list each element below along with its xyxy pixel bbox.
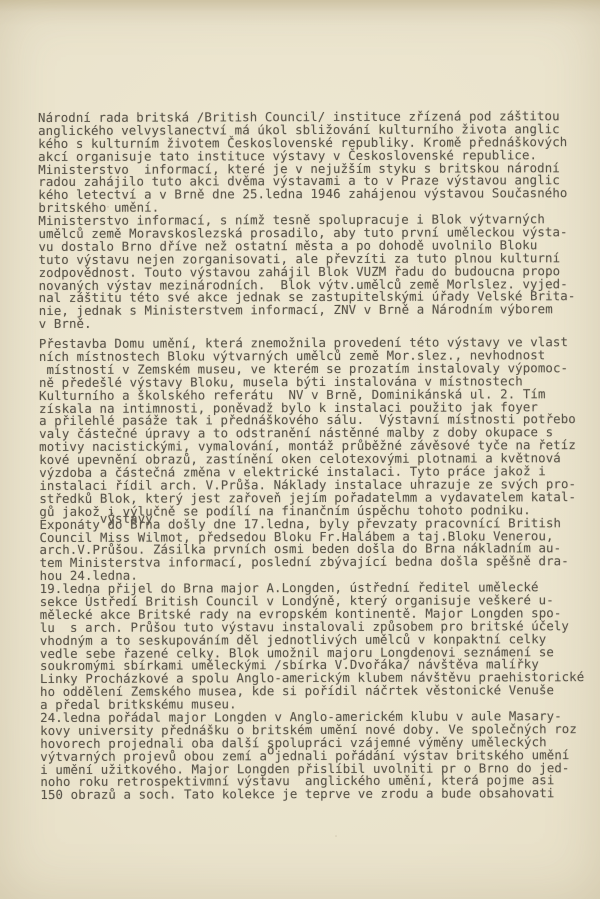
document-page: Národní rada britská /British Council/ i… (0, 0, 600, 899)
text-block: Národní rada britská /British Council/ i… (38, 110, 600, 802)
text-line: 150 obrazů a soch. Tato kolekce je teprv… (40, 787, 600, 802)
text-line: nie, jednak s Ministerstvem informací, Z… (39, 303, 600, 318)
